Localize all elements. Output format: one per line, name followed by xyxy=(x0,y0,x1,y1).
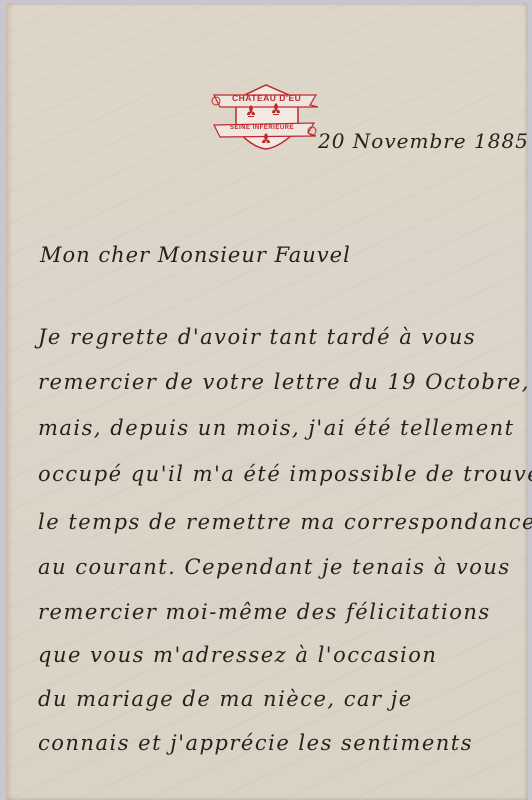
letterhead-subtitle: SEINE INFERIEURE xyxy=(230,125,294,131)
letter-line: du mariage de ma nièce, car je xyxy=(38,687,413,711)
letter-line: Je regrette d'avoir tant tardé à vous xyxy=(38,325,476,349)
letter-line: mais, depuis un mois, j'ai été tellement xyxy=(38,416,515,440)
letter-line: remercier moi-même des félicitations xyxy=(38,600,491,624)
letter-line: occupé qu'il m'a été impossible de trouv… xyxy=(38,462,532,486)
letter-line: que vous m'adressez à l'occasion xyxy=(38,643,437,667)
letterhead-title: CHATEAU D'EU xyxy=(232,93,301,103)
letter-line: au courant. Cependant je tenais à vous xyxy=(38,555,511,579)
letter-line: connais et j'apprécie les sentiments xyxy=(38,731,473,755)
letter-date: 20 Novembre 1885 xyxy=(318,129,529,153)
shield-banner-icon xyxy=(206,81,326,151)
letter-line: remercier de votre lettre du 19 Octobre, xyxy=(38,370,530,394)
letterhead-crest: CHATEAU D'EU SEINE INFERIEURE xyxy=(206,81,326,151)
letter-salutation: Mon cher Monsieur Fauvel xyxy=(40,243,351,267)
letter-line: le temps de remettre ma correspondance xyxy=(38,510,532,534)
letter-paper: CHATEAU D'EU SEINE INFERIEURE 20 Novembr… xyxy=(6,3,528,800)
